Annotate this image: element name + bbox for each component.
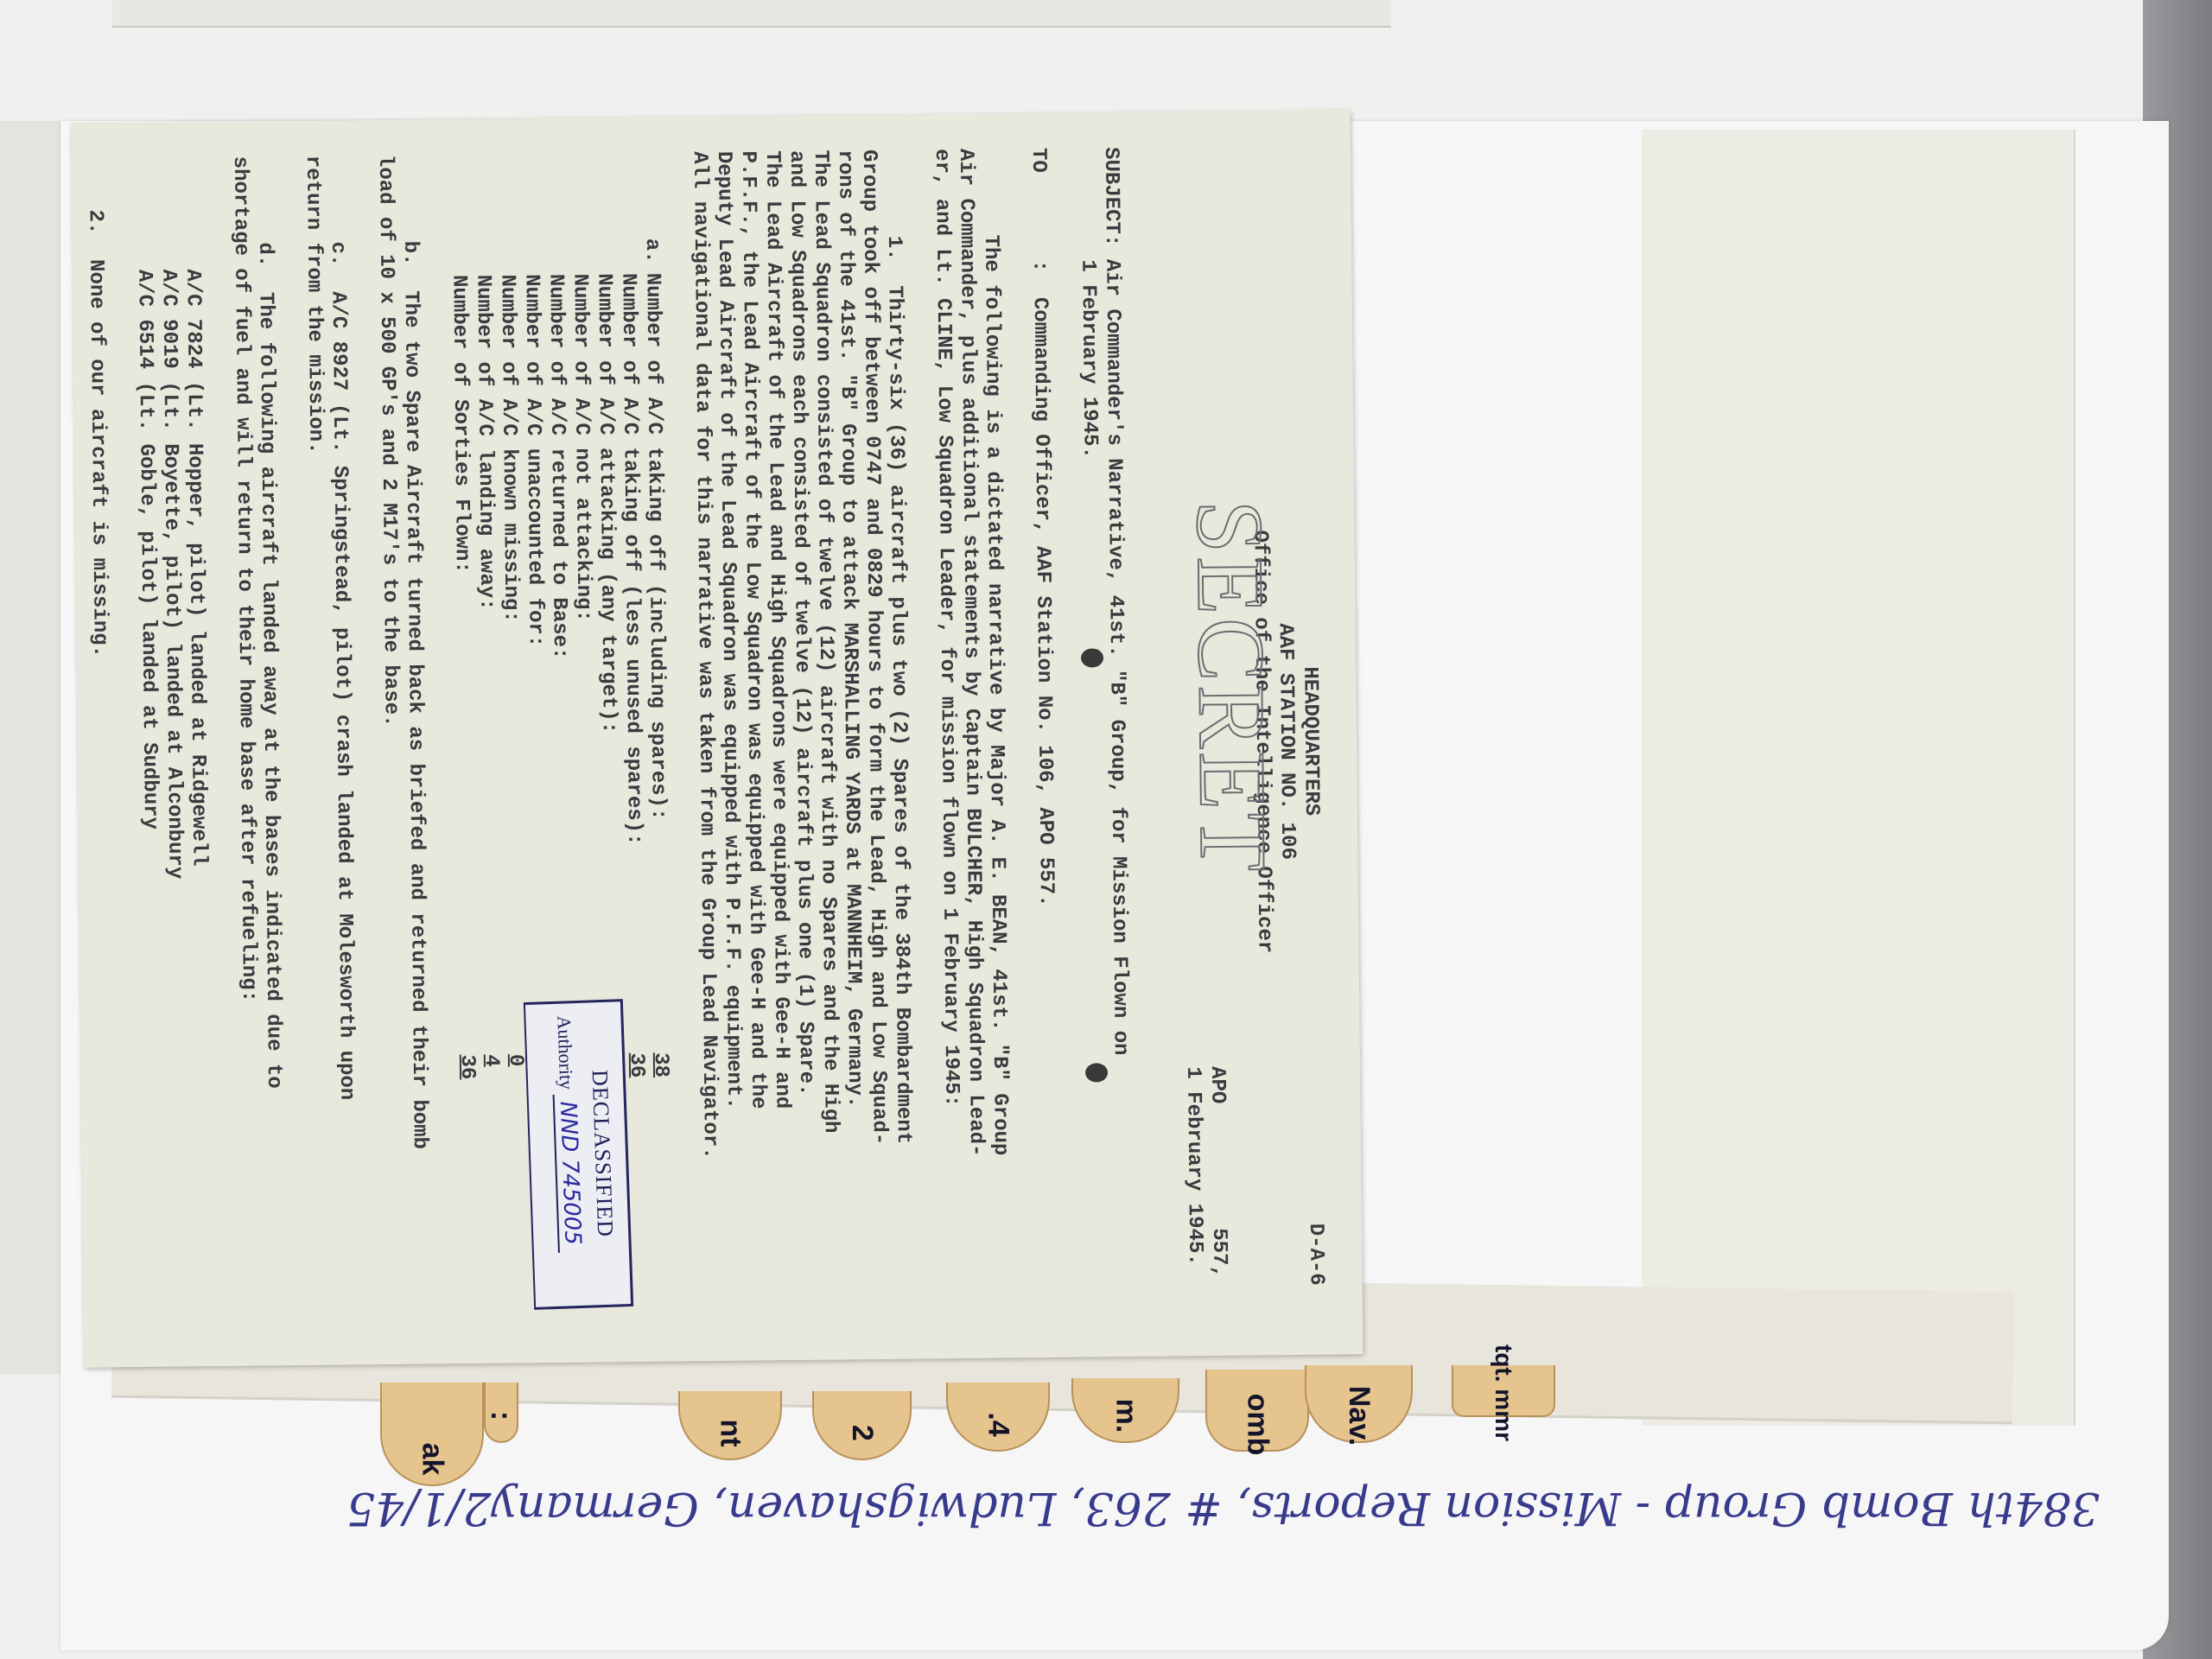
index-tab[interactable]: :: [484, 1382, 518, 1443]
paragraph-2: 2. None of our aircraft is missing.: [82, 157, 118, 1350]
file-code: D-A-6: [1303, 1224, 1328, 1286]
apo-number: APO 557,: [1205, 1066, 1231, 1278]
authority-number: NND 745005: [553, 1094, 586, 1252]
apo-block: APO 557, 1 February 1945.: [1180, 1066, 1231, 1278]
document-date: 1 February 1945.: [1180, 1066, 1207, 1278]
mission-report-page: HEADQUARTERS AAF STATION NO. 106 Office …: [72, 110, 1363, 1367]
declassified-title: DECLASSIFIED: [584, 1002, 620, 1306]
declassified-label: DECLASSIFIED Authority NND 745005: [524, 999, 633, 1310]
subparagraph-a-label: a.: [639, 238, 664, 264]
paper-stack-right: [1642, 130, 2075, 1426]
statistics-table: Number of A/C taking off (including spar…: [446, 273, 672, 1080]
document-body: HEADQUARTERS AAF STATION NO. 106 Office …: [106, 145, 1328, 1351]
paragraph-d: d. The following aircraft landed away at…: [227, 156, 288, 1349]
authority-line: Authority NND 745005: [551, 1003, 588, 1306]
index-tab[interactable]: tqt. mmr: [1452, 1365, 1555, 1417]
secret-stamp: SECRET: [1217, 500, 1246, 875]
paragraph-1: 1. Thirty-six (36) aircraft plus two (2)…: [687, 149, 917, 1344]
paragraph-b: b. The two Spare Aircraft turned back as…: [372, 155, 433, 1348]
index-tab[interactable]: omb: [1205, 1370, 1309, 1452]
folder-handwritten-label: 384th Bomb Group - Mission Reports, # 26…: [406, 1460, 2100, 1555]
landed-away-list: A/C 7824 (Lt. Hopper, pilot) landed at R…: [130, 156, 215, 1350]
background-sheet: [112, 0, 1391, 28]
folder-label-date: 2/1/45: [346, 1482, 491, 1534]
intro-paragraph: The following is a dictated narrative by…: [929, 149, 1014, 1342]
paragraph-c: c. A/C 8927 (Lt. Springstead, pilot) cra…: [300, 155, 360, 1348]
folder-label-text: 384th Bomb Group - Mission Reports, # 26…: [491, 1482, 2100, 1534]
to-line: TO : Commanding Officer, AAF Station No.…: [1026, 148, 1062, 1340]
